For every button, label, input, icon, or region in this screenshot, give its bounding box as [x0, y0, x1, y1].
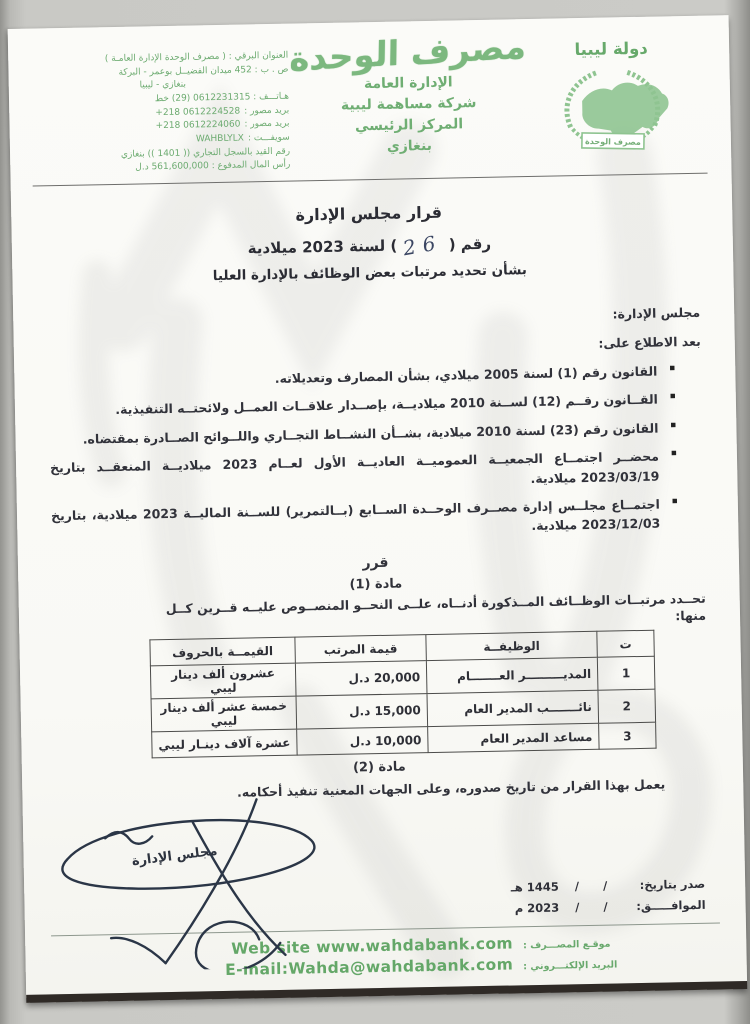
- contact-label: بريد مصور :: [244, 118, 289, 133]
- bank-subtitle-lines: الإدارة العامةشركة مساهمة ليبيةالمركز ال…: [289, 71, 530, 160]
- reference-item: القانون رقم (23) لسنة 2010 ميلادية، بشــ…: [49, 418, 676, 449]
- contact-value: WAHBLYLX: [196, 133, 244, 148]
- cell-index: 1: [597, 657, 655, 691]
- signature-area: مجلس الإدارة: [44, 791, 357, 972]
- cell-index: 2: [598, 690, 656, 724]
- cell-salary-amount: 20,000 د.ل: [295, 661, 427, 697]
- issue-dates-block: صدر بتاريخ: / / 1445 هـ الموافـــــق: / …: [511, 870, 706, 916]
- cell-salary-words: خمسة عشر ألف دينار ليبي: [151, 697, 297, 733]
- corresponding-date-value: / / 2023 م: [515, 900, 608, 916]
- salary-table: ت الوظيفــة قيمة المرتب القيمــة بالحروف…: [149, 630, 656, 759]
- country-title: دولة ليبيا: [527, 38, 695, 60]
- decision-title-block: قرار مجلس الإدارة رقم (26) لسنة 2023 ميل…: [39, 198, 699, 288]
- issued-date-label: صدر بتاريخ:: [617, 877, 705, 893]
- col-header-salary: قيمة المرتب: [295, 635, 426, 664]
- letterhead-contact-block: العنوان البرقي : ( مصرف الوحدة الإدارة ا…: [36, 36, 291, 178]
- reference-item: محضــر اجتمــاع الجمعيــة العموميــة الع…: [50, 446, 678, 497]
- cell-salary-amount: 15,000 د.ل: [296, 694, 428, 730]
- bank-subtitle-line: بنغازي: [290, 134, 529, 160]
- email-label: البريد الإلكتـــروني :: [523, 959, 617, 972]
- emblem-banner-text: مصرف الوحدة: [585, 137, 641, 147]
- cell-salary-amount: 10,000 د.ل: [297, 727, 428, 756]
- decision-subject: بشأن تحديد مرتبات بعض الوظائف بالإدارة ا…: [40, 259, 699, 288]
- cell-salary-words: عشرة آلاف دينـار ليبي: [152, 730, 297, 759]
- decision-number-prefix: رقم (: [449, 235, 492, 254]
- scanned-document-page: { "colors": { "accent_green": "#6aab6e",…: [0, 0, 750, 1024]
- contact-label: بريد مصور :: [244, 104, 289, 119]
- bank-emblem-icon: مصرف الوحدة: [549, 61, 675, 163]
- website-label: موقـع المصـــرف :: [523, 939, 611, 952]
- reference-item: القانون رقم (1) لسنة 2005 ميلادي، بشأن ا…: [48, 361, 675, 392]
- scanned-paper: دولة ليبيا مصرف الوحدة مصرف الوحدة الإدا…: [8, 15, 748, 1003]
- handwritten-signature-icon: [44, 791, 357, 972]
- cell-job-title: المديـــــــــر العـــــــام: [426, 658, 598, 694]
- references-list: القانون رقم (1) لسنة 2005 ميلادي، بشأن ا…: [42, 361, 704, 545]
- cell-job-title: مساعد المدير العام: [428, 724, 599, 753]
- contact-text: بنغازي - ليبيا: [140, 79, 187, 94]
- cell-salary-words: عشرون ألف دينار ليبي: [150, 664, 296, 700]
- after-review-line: بعد الاطلاع على:: [42, 334, 701, 362]
- gregorian-date-row: الموافـــــق: / / 2023 م: [511, 898, 706, 916]
- col-header-job: الوظيفــة: [426, 632, 597, 661]
- decision-number-handwritten: 26: [402, 230, 445, 261]
- contact-label: سويفـــت :: [248, 132, 290, 146]
- letterhead: دولة ليبيا مصرف الوحدة مصرف الوحدة الإدا…: [36, 28, 698, 178]
- col-header-words: القيمــة بالحروف: [150, 638, 295, 667]
- letterhead-bank-block: مصرف الوحدة الإدارة العامةشركة مساهمة لي…: [288, 31, 529, 160]
- corresponding-date-label: الموافـــــق:: [617, 898, 705, 914]
- hijri-date-row: صدر بتاريخ: / / 1445 هـ: [511, 877, 706, 895]
- reference-item: اجتمــاع مجلــس إدارة مصــرف الوحــدة ال…: [51, 494, 679, 545]
- decision-number-line: رقم (26) لسنة 2023 ميلادية: [40, 226, 699, 263]
- decision-body: مجلس الإدارة: بعد الاطلاع على: القانون ر…: [41, 305, 709, 807]
- decision-title: قرار مجلس الإدارة: [39, 198, 698, 230]
- reference-item: القــانون رقــم (12) لســنة 2010 ميلاديـ…: [49, 390, 676, 421]
- issued-date-value: / / 1445 هـ: [511, 879, 608, 895]
- cell-index: 3: [599, 723, 656, 750]
- decision-number-suffix: ) لسنة 2023 ميلادية: [248, 237, 398, 258]
- board-opening: مجلس الإدارة:: [41, 305, 700, 333]
- cell-job-title: نائـــــــب المدير العام: [427, 691, 599, 727]
- letterhead-country-block: دولة ليبيا مصرف الوحدة: [527, 28, 698, 168]
- contact-text: رأس المال المدفوع : 561,600,000 د.ل: [135, 159, 290, 176]
- col-header-index: ت: [597, 631, 654, 658]
